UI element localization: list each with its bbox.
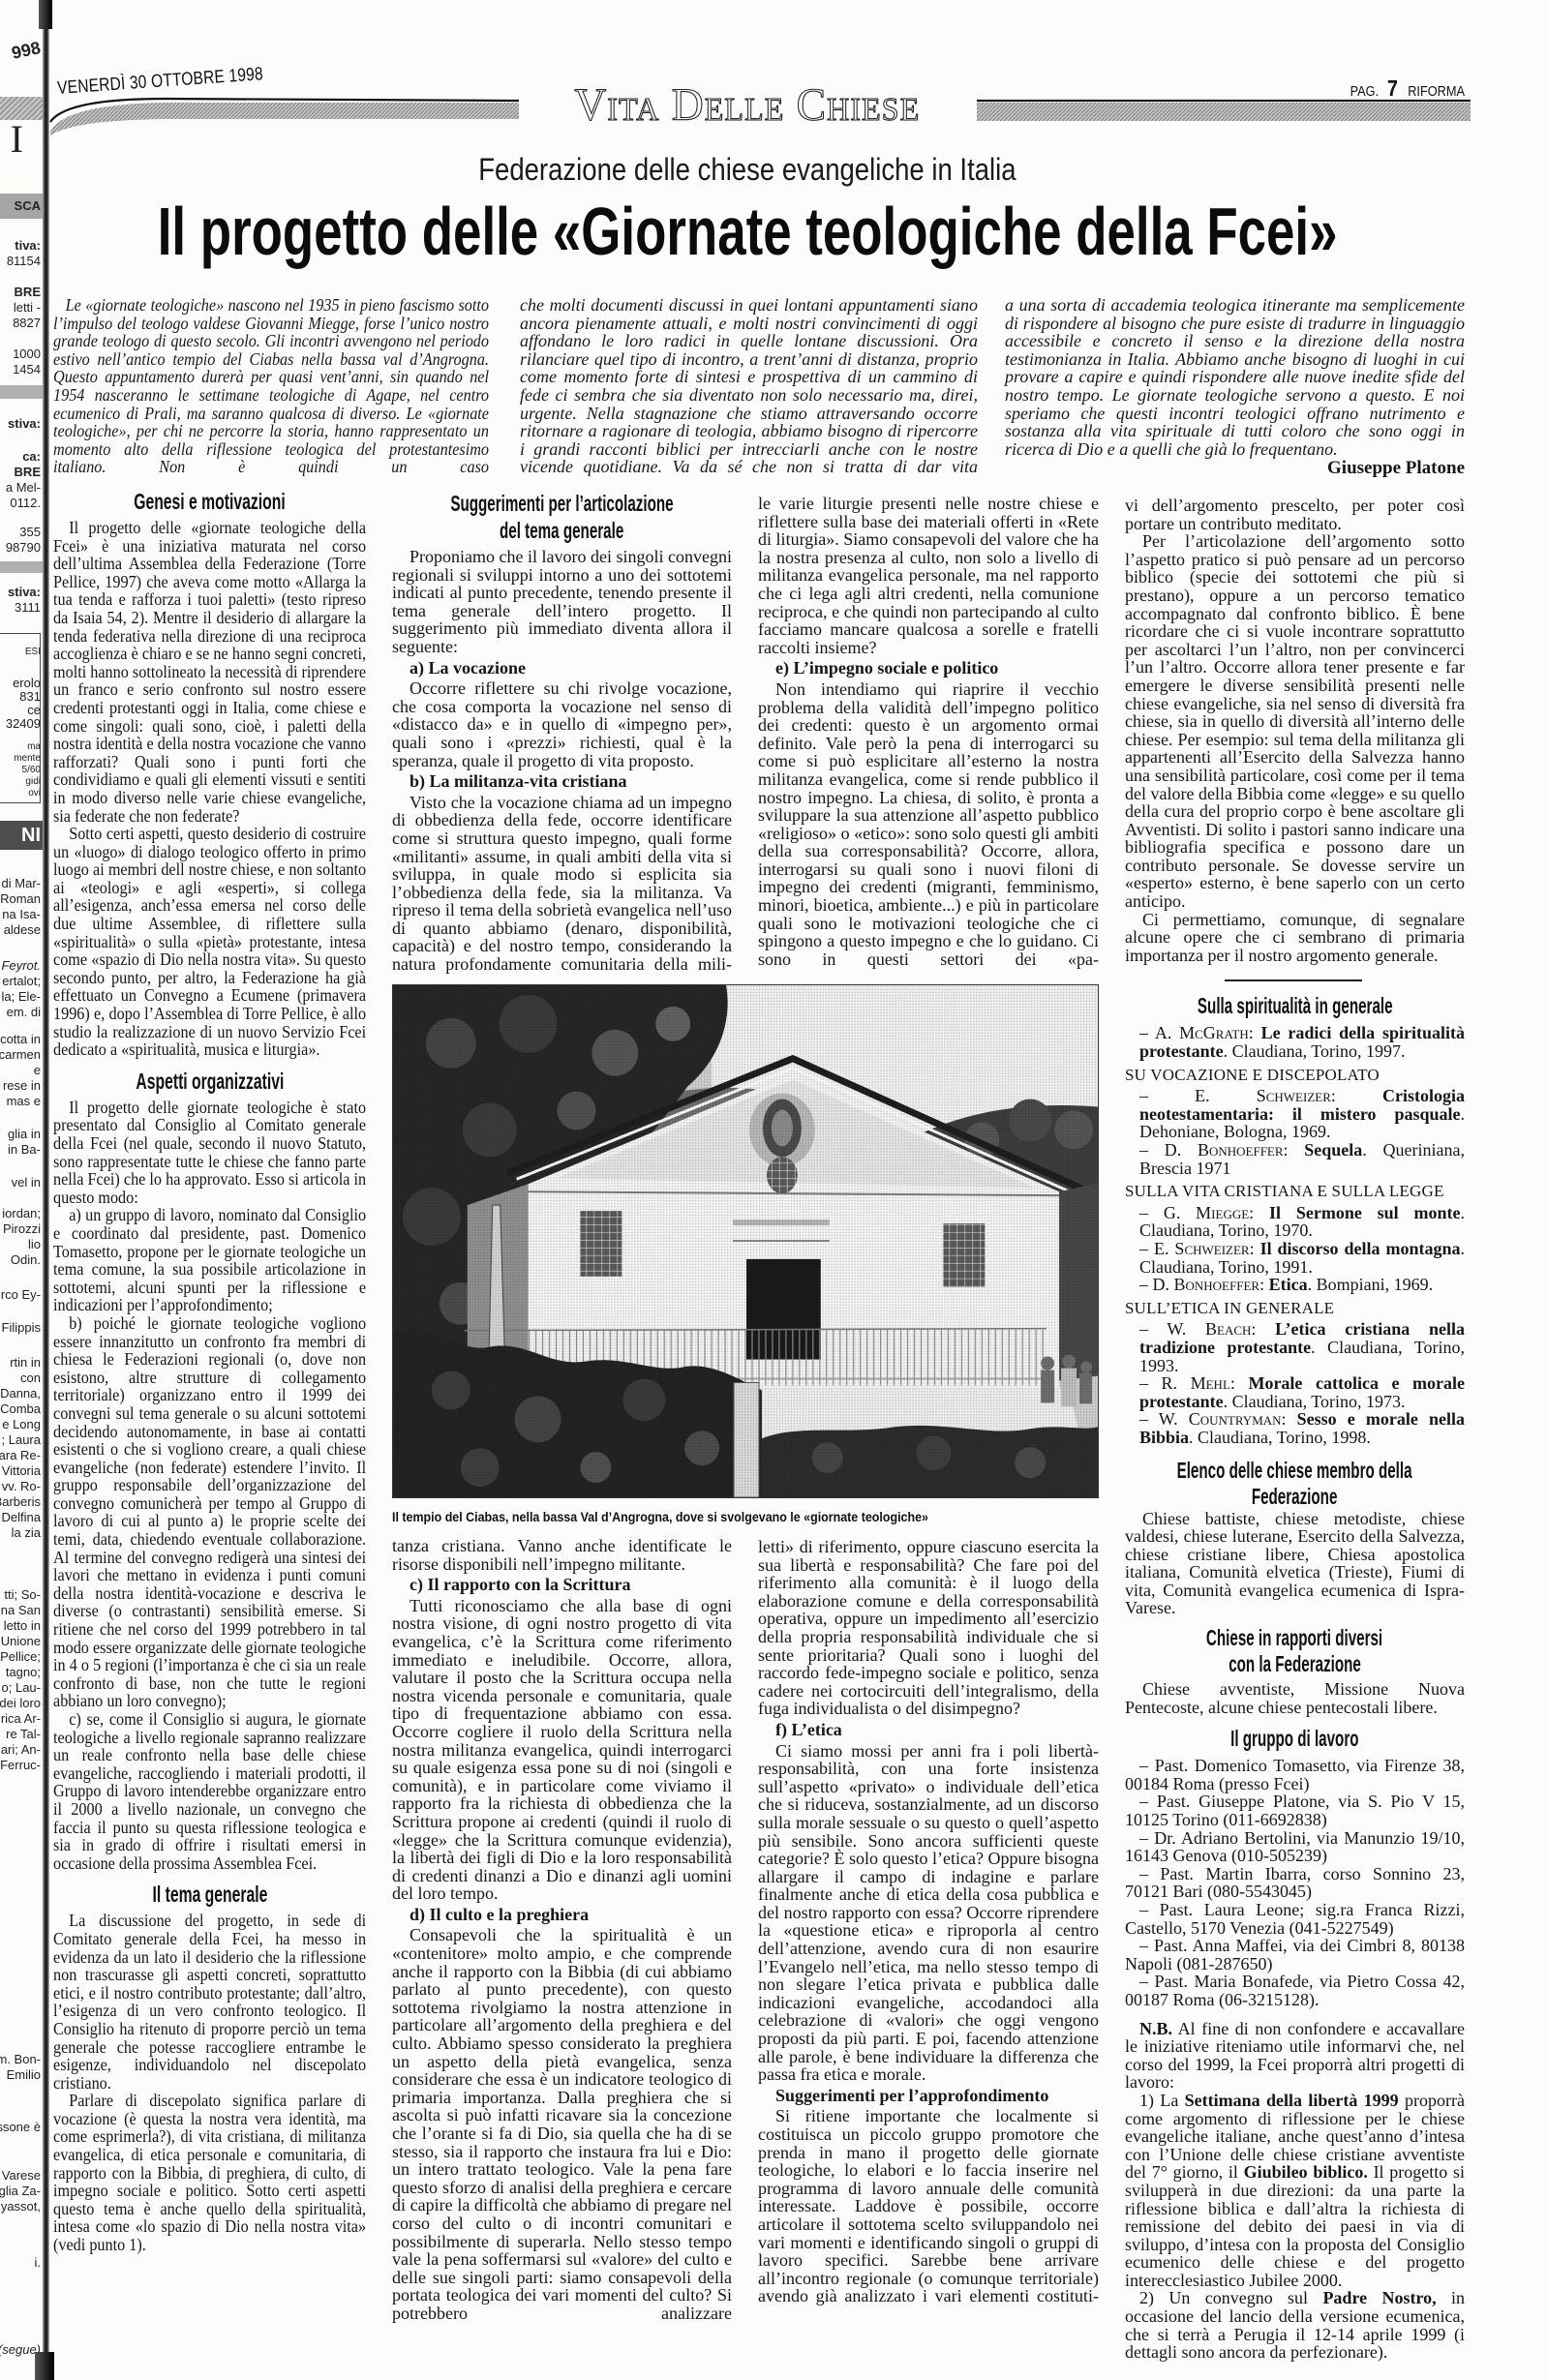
- fragment-text: tagno;: [6, 1665, 41, 1679]
- subheading: d) Il culto e la preghiera: [392, 1906, 732, 1924]
- paragraph: Si ritiene importante che localmente si …: [758, 2107, 1099, 2305]
- publication-name: RIFORMA: [1408, 83, 1465, 100]
- fragment-text: Pellice;: [0, 1649, 41, 1664]
- nb-item-text: 1) La: [1139, 2091, 1185, 2110]
- fragment-text: 998: [11, 41, 43, 61]
- bibliography-entry: – W. Countryman: Sesso e morale nella Bi…: [1125, 1410, 1465, 1446]
- working-group-member: – Past. Laura Leone; sig.ra Franca Rizzi…: [1125, 1901, 1465, 1937]
- fragment-text: erolo: [13, 676, 41, 690]
- section-heading-line: Chiese in rapporti diversi: [1125, 1625, 1465, 1651]
- bib-author: – W. Countryman:: [1139, 1409, 1287, 1429]
- section-heading: Suggerimenti per l’articolazione del tem…: [392, 490, 732, 544]
- fragment-text: ssone è: [0, 2120, 41, 2134]
- bib-author: – E. Schweizer:: [1139, 1086, 1336, 1105]
- section-heading-text: Elenco delle chiese membro della: [1177, 1458, 1412, 1484]
- fragment-text: carmen: [0, 1047, 41, 1062]
- paragraph: Sotto certi aspetti, questo desiderio di…: [53, 825, 366, 1059]
- section-heading-line: con la Federazione: [1125, 1651, 1465, 1677]
- fragment-text: o; Lau-: [2, 1680, 41, 1695]
- bib-author: – G. Miegge:: [1139, 1203, 1254, 1222]
- subheading: a) La vocazione: [392, 659, 732, 678]
- column-c-top: le varie liturgie presenti nelle nostre …: [758, 495, 1099, 976]
- bibliography-group-title: SULLA VITA CRISTIANA E SULLA LEGGE: [1125, 1183, 1465, 1201]
- working-group-member: – Dr. Adriano Bertolini, via Manunzio 19…: [1125, 1829, 1465, 1865]
- fragment-text: 831: [19, 689, 41, 704]
- fragment-text: Feyrot.: [2, 958, 41, 973]
- headline-wrap: Il progetto delle «Giornate teologiche d…: [0, 197, 1495, 265]
- paragraph: Per l’articolazione dell’argomento sotto…: [1125, 532, 1465, 910]
- paragraph: Il progetto delle giornate teologiche è …: [53, 1099, 366, 1207]
- subheading: c) Il rapporto con la Scrittura: [392, 1576, 732, 1594]
- scan-corner-shadow: [35, 2352, 54, 2380]
- nota-bene: N.B. Al fine di non confondere e accaval…: [1125, 2020, 1465, 2362]
- fragment-text: BRE: [15, 285, 41, 299]
- paragraph: Tutti riconosciamo che alla base di ogni…: [392, 1597, 732, 1903]
- section-heading-line: Elenco delle chiese membro della: [1125, 1458, 1465, 1484]
- fragment-text: ca:: [22, 449, 41, 464]
- paragraph: le varie liturgie presenti nelle nostre …: [758, 495, 1099, 656]
- page-number-label: PAG. 7 RIFORMA: [1348, 75, 1470, 102]
- section-heading-text: Genesi e motivazioni: [134, 489, 285, 515]
- header-band-left: [48, 87, 523, 136]
- fragment-text: rica Ar-: [1, 1711, 41, 1726]
- bib-author: – E. Schweizer:: [1139, 1239, 1255, 1258]
- paragraph: Occorre riflettere su chi rivolge vocazi…: [392, 679, 732, 769]
- bibliography-entry: – D. Bonhoeffer: Etica. Bompiani, 1969.: [1125, 1276, 1465, 1294]
- fragment-text: iordan;: [2, 1206, 41, 1220]
- divider-rule: [1225, 979, 1362, 981]
- section-heading: Il tema generale: [53, 1882, 366, 1908]
- fragment-text: ; Laura: [2, 1432, 41, 1447]
- fragment-text: e Long: [2, 1417, 41, 1431]
- bib-author: – A. McGrath:: [1139, 1023, 1254, 1042]
- section-heading-text: Federazione: [1252, 1484, 1338, 1510]
- fragment-text: glia Za-: [0, 2184, 41, 2198]
- fragment-text: vel in: [12, 1175, 41, 1190]
- fragment-text: stiva:: [8, 585, 41, 599]
- section-heading-text: Chiese in rapporti diversi: [1206, 1625, 1382, 1651]
- fragment-text: em. di: [7, 1005, 41, 1019]
- working-group-member: – Past. Giuseppe Platone, via S. Pio V 1…: [1125, 1793, 1465, 1828]
- fragment-text: in Ba-: [8, 1142, 41, 1157]
- bibliography-group-title: SULL’ETICA IN GENERALE: [1125, 1300, 1465, 1318]
- fragment-text: 32409: [6, 716, 41, 731]
- paragraph: La discussione del progetto, in sede di …: [53, 1912, 366, 2092]
- column-b-bottom: tanza cristiana. Vanno anche identificat…: [392, 1537, 732, 2323]
- fragment-text: re Tal-: [6, 1727, 41, 1741]
- bibliography-entry: – E. Schweizer: Cristologia neotestament…: [1125, 1087, 1465, 1141]
- bib-publisher: . Claudiana, Torino, 1998.: [1189, 1428, 1371, 1447]
- fragment-text: aldese: [4, 922, 41, 937]
- section-heading-text: Aspetti organizzativi: [136, 1069, 284, 1095]
- paragraph: tanza cristiana. Vanno anche identificat…: [392, 1537, 732, 1573]
- fragment-text: 3111: [15, 600, 41, 615]
- fragment-text: Ferruc-: [0, 1758, 41, 1772]
- subheading: f) L’etica: [758, 1721, 1099, 1739]
- bibliography-group-title: SU VOCAZIONE E DISCEPOLATO: [1125, 1067, 1465, 1085]
- fragment-text: la zia: [12, 1525, 41, 1540]
- scan-corner-shadow: [39, 0, 52, 29]
- fragment-text: lio: [28, 1237, 41, 1251]
- fragment-text: NI: [21, 825, 41, 846]
- nota-bene-item: 2) Un convegno sul Padre Nostro, in occa…: [1125, 2289, 1465, 2361]
- nb-item-bold: Padre Nostro,: [1322, 2288, 1436, 2307]
- column-d: vi dell’argomento prescelto, per poter c…: [1125, 497, 1465, 2362]
- paragraph: letti» di riferimento, oppure ciascuno e…: [758, 1538, 1099, 1718]
- fragment-text: Odin.: [11, 1252, 41, 1267]
- section-heading-text: Suggerimenti per l’articolazione: [450, 490, 673, 517]
- working-group-member: – Past. Maria Bonafede, via Pietro Cossa…: [1125, 1973, 1465, 2008]
- fragment-text: Vittoria: [2, 1463, 41, 1478]
- adjacent-page-strip: 998 I SCA tiva: 81154 BRE letti - 8827 1…: [0, 0, 43, 2380]
- fragment-text: rtin in: [10, 1355, 41, 1370]
- fragment-text: m. Bon-: [0, 2052, 41, 2066]
- bibliography-heading: Sulla spiritualità in generale: [1125, 993, 1465, 1019]
- fragment-text: ESI: [25, 647, 41, 658]
- fragment-text: rco Ey-: [1, 1287, 41, 1302]
- bibliography-entry: – G. Miegge: Il Sermone sul monte. Claud…: [1125, 1204, 1465, 1240]
- bib-title: Etica: [1269, 1275, 1308, 1294]
- column-b-top: Suggerimenti per l’articolazione del tem…: [392, 490, 732, 976]
- other-churches-text: Chiese avventiste, Missione Nuova Pentec…: [1125, 1680, 1465, 1716]
- fragment-text: i.: [35, 2255, 42, 2270]
- fragment-text: di Mar-: [2, 876, 41, 890]
- fragment-text: 5/60: [22, 765, 41, 776]
- nota-bene-text: Al fine di non confondere e accavallare …: [1125, 2019, 1465, 2093]
- fragment-text: a Mel-: [6, 480, 41, 495]
- paragraph: vi dell’argomento prescelto, per poter c…: [1125, 497, 1465, 532]
- kicker-wrap: Federazione delle chiese evangeliche in …: [0, 154, 1495, 185]
- newspaper-page: 998 I SCA tiva: 81154 BRE letti - 8827 1…: [0, 0, 1547, 2380]
- section-heading-text: Il gruppo di lavoro: [1230, 1726, 1358, 1752]
- fragment-text: rese in: [3, 1078, 41, 1093]
- paragraph: c) se, come il Consiglio si augura, le g…: [53, 1710, 366, 1872]
- intro-column-2: che molti documenti discussi in quei lon…: [520, 296, 978, 476]
- fragment-text: letto in: [4, 1618, 41, 1633]
- paragraph: Non intendiamo qui riaprire il vecchio p…: [758, 680, 1099, 969]
- fragment-text: la; Ele-: [2, 989, 41, 1004]
- paragraph: Il progetto delle «giornate teologiche d…: [53, 519, 366, 825]
- fragment-text: Delfina: [2, 1510, 41, 1524]
- church-photo: [392, 984, 1099, 1498]
- nota-bene-intro: N.B. Al fine di non confondere e accaval…: [1125, 2020, 1465, 2092]
- fragment-text: 1454: [13, 362, 41, 377]
- fragment-text: stiva:: [8, 416, 41, 431]
- fragment-text: mente: [14, 753, 41, 765]
- fragment-text: Unione: [1, 1634, 41, 1648]
- church-photo-image: [393, 985, 1098, 1497]
- member-churches-text: Chiese battiste, chiese metodiste, chies…: [1125, 1510, 1465, 1618]
- fragment-text: 355: [19, 525, 41, 539]
- fragment-text: 98790: [6, 540, 41, 555]
- bib-author: – D. Bonhoeffer:: [1139, 1275, 1264, 1294]
- section-heading-text: Il tema generale: [152, 1882, 267, 1908]
- fragment-text: Barberis: [0, 1494, 41, 1509]
- nb-item-bold: Giubileo biblico.: [1244, 2162, 1368, 2182]
- fragment-text: cotta in: [0, 1032, 41, 1046]
- fragment-text: con: [20, 1371, 41, 1385]
- fragment-text: ertalot;: [2, 974, 41, 988]
- fragment-text: ce: [27, 703, 41, 717]
- photo-caption: Il tempio del Ciabas, nella bassa Val d’…: [392, 1509, 928, 1524]
- fragment-text: BRE: [15, 465, 41, 479]
- column-c-bottom: letti» di riferimento, oppure ciascuno e…: [758, 1538, 1099, 2305]
- fragment-text: Comba: [0, 1401, 41, 1416]
- paragraph: b) poiché le giornate teologiche voglion…: [53, 1314, 366, 1710]
- fragment-text: na Isa-: [2, 907, 41, 921]
- bib-title: Il Sermone sul monte: [1269, 1203, 1461, 1222]
- fragment-text: ovi: [28, 788, 41, 799]
- nb-item-text: Il progetto si svilupperà in due direzio…: [1125, 2162, 1465, 2290]
- paragraph: Consapevoli che la spiritualità è un «co…: [392, 1926, 732, 2322]
- section-heading: Aspetti organizzativi: [53, 1069, 366, 1095]
- fragment-text: letti -: [14, 300, 41, 315]
- working-group-member: – Past. Martin Ibarra, corso Sonnino 23,…: [1125, 1865, 1465, 1901]
- fragment-text: yassot,: [1, 2199, 41, 2214]
- bibliography-entry: – E. Schweizer: Il discorso della montag…: [1125, 1240, 1465, 1276]
- bib-author: – D. Bonhoeffer:: [1139, 1140, 1289, 1160]
- fragment-text: ara Re-: [0, 1448, 41, 1462]
- adjacent-gray-bar: [0, 385, 43, 399]
- page-label: PAG.: [1350, 83, 1380, 100]
- working-group-heading: Il gruppo di lavoro: [1125, 1726, 1465, 1752]
- bibliography-entry: – R. Mehl: Morale cattolica e morale pro…: [1125, 1374, 1465, 1410]
- adjacent-gray-bar: [0, 561, 43, 573]
- paragraph: Visto che la vocazione chiama ad un impe…: [392, 794, 732, 974]
- fragment-text: vv. Ro-: [2, 1479, 41, 1493]
- fragment-text: dei loro: [0, 1696, 41, 1710]
- bibliography-entry: – A. McGrath: Le radici della spirituali…: [1125, 1024, 1465, 1060]
- paragraph: Ci permettiamo, comunque, di segnalare a…: [1125, 911, 1465, 965]
- fragment-text: Roman: [0, 891, 41, 906]
- nota-bene-label: N.B.: [1139, 2019, 1172, 2038]
- fragment-text: 1000: [13, 346, 41, 361]
- paragraph: a) un gruppo di lavoro, nominato dal Con…: [53, 1206, 366, 1314]
- working-group-list: – Past. Domenico Tomasetto, via Firenze …: [1125, 1757, 1465, 2008]
- bibliography-entry: – W. Beach: L’etica cristiana nella trad…: [1125, 1320, 1465, 1374]
- fragment-text: ma: [27, 741, 41, 753]
- bibliography-entry: – D. Bonhoeffer: Sequela. Queriniana, Br…: [1125, 1141, 1465, 1177]
- bib-publisher: . Claudiana, Torino, 1997.: [1224, 1041, 1406, 1061]
- paragraph: Proponiamo che il lavoro dei singoli con…: [392, 548, 732, 656]
- bib-author: – R. Mehl:: [1139, 1373, 1235, 1393]
- fragment-text: Pirozzi: [3, 1221, 41, 1236]
- paragraph: Parlare di discepolato significa parlare…: [53, 2092, 366, 2253]
- fragment-text: gidi: [25, 776, 41, 788]
- headline: Il progetto delle «Giornate teologiche d…: [158, 197, 1338, 265]
- bib-publisher: . Claudiana, Torino, 1973.: [1224, 1392, 1406, 1411]
- section-title-wrap: Vita Delle Chiese: [518, 82, 977, 129]
- section-heading-text: Sulla spiritualità in generale: [1198, 993, 1393, 1019]
- nota-bene-item: 1) La Settimana della libertà 1999 propo…: [1125, 2092, 1465, 2290]
- author-byline: Giuseppe Platone: [1327, 459, 1465, 478]
- bib-title: Il discorso della montagna: [1260, 1239, 1461, 1258]
- bib-publisher: . Bompiani, 1969.: [1308, 1275, 1434, 1294]
- section-title: Vita Delle Chiese: [575, 82, 921, 129]
- fragment-text: Danna,: [0, 1386, 41, 1401]
- section-heading-text: del tema generale: [500, 517, 623, 544]
- paragraph: Ci siamo mossi per anni fra i poli liber…: [758, 1742, 1099, 2084]
- section-heading-line: Federazione: [1125, 1484, 1465, 1510]
- fragment-text: ari; An-: [1, 1742, 41, 1757]
- nb-item-bold: Settimana della libertà 1999: [1185, 2091, 1399, 2110]
- working-group-member: – Past. Anna Maffei, via dei Cimbri 8, 8…: [1125, 1937, 1465, 1973]
- page-fold-shadow: [43, 0, 49, 2380]
- intro-column-3: a una sorta di accademia teologica itine…: [1005, 296, 1465, 458]
- intro-column-1: Le «giornate teologiche» nascono nel 193…: [53, 296, 489, 476]
- subheading: b) La militanza-vita cristiana: [392, 772, 732, 791]
- fragment-text: e: [34, 1063, 41, 1077]
- page-number: 7: [1387, 75, 1398, 102]
- fragment-text: Emilio: [7, 2067, 41, 2082]
- section-heading-line: Suggerimenti per l’articolazione: [392, 490, 732, 517]
- other-churches-heading: Chiese in rapporti diversi con la Federa…: [1125, 1625, 1465, 1677]
- fragment-text: tti; So-: [4, 1587, 41, 1602]
- fragment-text: glia in: [8, 1127, 41, 1141]
- section-heading-text: con la Federazione: [1228, 1651, 1361, 1677]
- subheading: e) L’impegno sociale e politico: [758, 659, 1099, 678]
- bib-author: – W. Beach:: [1139, 1319, 1256, 1339]
- section-heading-line: del tema generale: [392, 517, 732, 544]
- bib-title: Sequela: [1304, 1140, 1362, 1160]
- subheading: Suggerimenti per l’approfondimento: [758, 2087, 1099, 2105]
- nb-item-text: 2) Un convegno sul: [1139, 2288, 1322, 2307]
- fragment-text: mas e: [7, 1094, 41, 1108]
- column-a: Genesi e motivazioni Il progetto delle «…: [53, 489, 366, 2254]
- section-heading: Genesi e motivazioni: [53, 489, 366, 515]
- fragment-text: Varese: [2, 2168, 41, 2183]
- fragment-text: na San: [1, 1603, 41, 1617]
- fragment-text: Filippis: [2, 1320, 41, 1335]
- fragment-text: 0112.: [10, 496, 41, 510]
- working-group-member: – Past. Domenico Tomasetto, via Firenze …: [1125, 1757, 1465, 1793]
- fragment-text: 8827: [13, 316, 41, 330]
- kicker: Federazione delle chiese evangeliche in …: [478, 154, 1016, 185]
- member-churches-heading: Elenco delle chiese membro della Federaz…: [1125, 1458, 1465, 1510]
